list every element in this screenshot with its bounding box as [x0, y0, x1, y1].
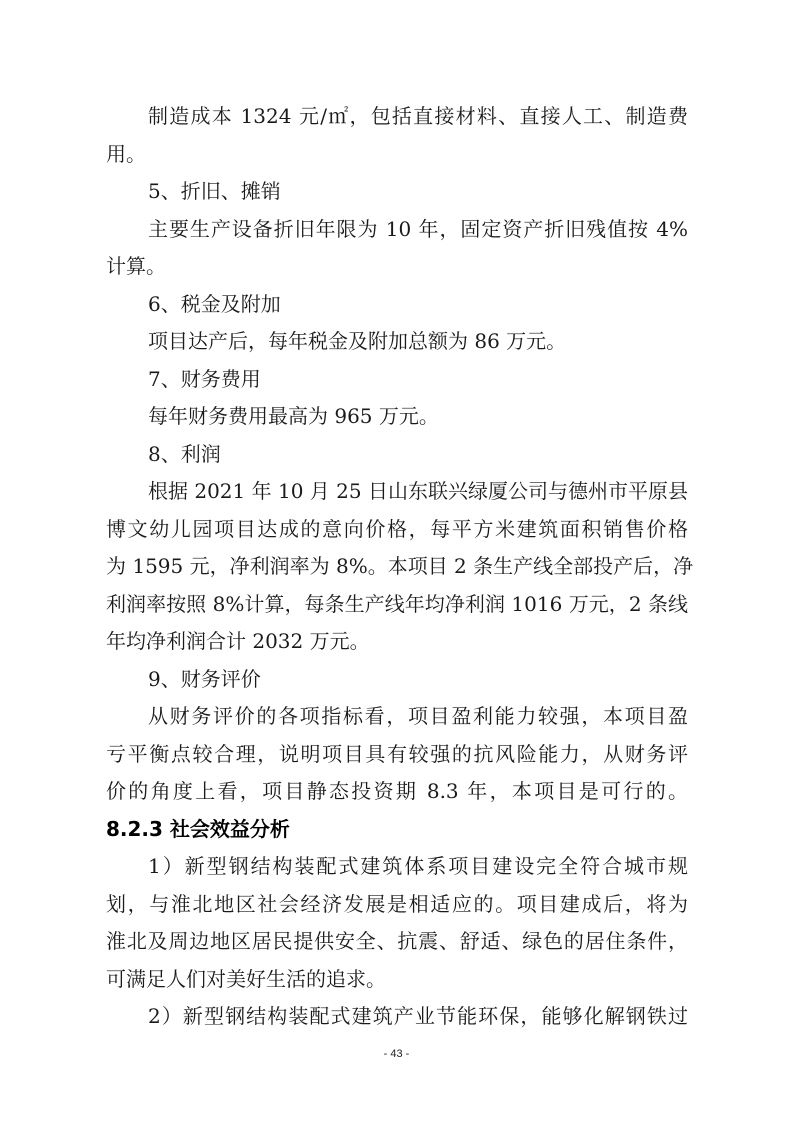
paragraph-line: 可满足人们对美好生活的追求。	[106, 961, 688, 999]
section-heading-social-benefit: 8.2.3 社会效益分析	[106, 811, 688, 849]
paragraph-line: 为 1595 元，净利润率为 8%。本项目 2 条生产线全部投产后，净	[106, 548, 688, 586]
subheading-financial-evaluation: 9、财务评价	[106, 661, 688, 699]
paragraph-line: 主要生产设备折旧年限为 10 年，固定资产折旧残值按 4%	[106, 211, 688, 249]
paragraph-line: 价的角度上看，项目静态投资期 8.3 年，本项目是可行的。	[106, 773, 688, 811]
paragraph-line: 根据 2021 年 10 月 25 日山东联兴绿厦公司与德州市平原县	[106, 473, 688, 511]
paragraph-line: 从财务评价的各项指标看，项目盈利能力较强，本项目盈	[106, 698, 688, 736]
paragraph-line: 淮北及周边地区居民提供安全、抗震、舒适、绿色的居住条件，	[106, 923, 688, 961]
paragraph-line: 计算。	[106, 248, 688, 286]
subheading-profit: 8、利润	[106, 436, 688, 474]
subheading-depreciation: 5、折旧、摊销	[106, 173, 688, 211]
paragraph-line: 2）新型钢结构装配式建筑产业节能环保，能够化解钢铁过	[106, 998, 688, 1036]
paragraph-line: 利润率按照 8%计算，每条生产线年均净利润 1016 万元，2 条线	[106, 586, 688, 624]
paragraph-line: 每年财务费用最高为 965 万元。	[106, 398, 688, 436]
paragraph-line: 制造成本 1324 元/㎡，包括直接材料、直接人工、制造费	[106, 98, 688, 136]
paragraph-line: 年均净利润合计 2032 万元。	[106, 623, 688, 661]
paragraph-line: 1）新型钢结构装配式建筑体系项目建设完全符合城市规	[106, 848, 688, 886]
paragraph-line: 划，与淮北地区社会经济发展是相适应的。项目建成后，将为	[106, 886, 688, 924]
page-number: - 43 -	[0, 1048, 793, 1060]
document-page-body: 制造成本 1324 元/㎡，包括直接材料、直接人工、制造费 用。 5、折旧、摊销…	[106, 98, 688, 1036]
subheading-taxes: 6、税金及附加	[106, 286, 688, 324]
paragraph-line: 亏平衡点较合理，说明项目具有较强的抗风险能力，从财务评	[106, 736, 688, 774]
paragraph-line: 用。	[106, 136, 688, 174]
subheading-financial-cost: 7、财务费用	[106, 361, 688, 399]
paragraph-line: 博文幼儿园项目达成的意向价格，每平方米建筑面积销售价格	[106, 511, 688, 549]
paragraph-line: 项目达产后，每年税金及附加总额为 86 万元。	[106, 323, 688, 361]
